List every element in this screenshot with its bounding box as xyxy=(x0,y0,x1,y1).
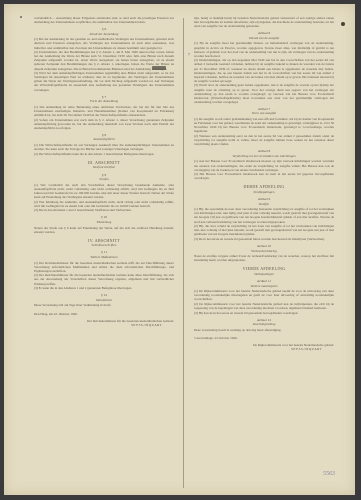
section-subheading: Inkrafttreten xyxy=(34,298,174,302)
section-heading: Artikel 10 xyxy=(194,244,334,248)
paragraph: Naast de straffen volgens artikel 9 kan … xyxy=(194,254,334,262)
section-subheading: Verplichting tot het verstrekken van inl… xyxy=(194,154,334,158)
section-subheading: Inhalt der Anmeldung xyxy=(34,32,174,36)
punch-hole-mark xyxy=(341,22,345,26)
paragraph: (1) Die Wirtschaftsprüfstelle ist auf Ve… xyxy=(34,143,174,151)
pencil-page-number: 5563 xyxy=(323,471,335,477)
section-heading: Artikel 9 xyxy=(194,197,334,201)
section-heading: § 10 xyxy=(34,215,174,219)
paragraph: (1) Bij de aangifte moet het gezamenlijk… xyxy=(194,41,334,57)
paragraph: (1) Aan het Bureau voor Economisch Onder… xyxy=(194,159,334,171)
dutch-column: zijn, hetzij al dadelijk hetzij bij beze… xyxy=(194,16,334,351)
section-subheading: Strafvorschriften xyxy=(34,165,174,169)
section-heading: § 7 xyxy=(34,95,174,99)
section-subheading: Weitere Maßnahmen xyxy=(34,255,174,259)
section-heading: DERDE AFDEELING xyxy=(194,185,334,189)
section-subheading: Verdere maatregelen xyxy=(194,284,334,288)
section-subheading: Slotbepalingen xyxy=(194,272,334,276)
paragraph: (1) Hij, die opzettelijk de naar deze ve… xyxy=(194,207,334,223)
signature-name: SEYSS-INQUART xyxy=(34,323,174,327)
section-heading: VIERDE AFDEELING xyxy=(194,267,334,271)
paragraph: (2) Unternehmen, die den Bestimmungen de… xyxy=(34,50,174,70)
paragraph: (2) Die Wirtschaftsprüfstelle kann die i… xyxy=(34,152,174,156)
section-heading: Artikel 7 xyxy=(194,107,334,111)
paragraph: (3) Wordt door de onderneming geen balan… xyxy=(194,83,334,103)
intro-paragraph: vorbehaltlich ... Auszahlung dieser Erbg… xyxy=(34,16,174,24)
section-heading: Artikel 11 xyxy=(194,279,334,283)
section-heading: Artikel 6 xyxy=(194,31,334,35)
paragraph: (2) Sofern ein Unternehmen erst nach dem… xyxy=(34,118,174,130)
paragraph: (2) Wer fahrlässig die Anmelde- und Ausk… xyxy=(34,200,174,208)
section-subheading: Schlußvorschriften xyxy=(34,243,174,247)
section-subheading: Strafbepalingen xyxy=(194,190,334,194)
paragraph: Deze verordening treedt in werking op de… xyxy=(194,328,334,332)
paragraph: (2) Hij, die door schuld de verplichting… xyxy=(194,224,334,236)
column-divider xyxy=(183,18,184,488)
paragraph: (1) De Rijkscommissaris voor het bezette… xyxy=(194,289,334,301)
paragraph: (3) Er kann die in den Absätzen 1 und 2 … xyxy=(34,286,174,290)
paragraph: (2) Het Bureau voor Economisch Onderzoek… xyxy=(194,172,334,180)
section-subheading: Form der Anmeldung xyxy=(34,99,174,103)
section-heading: § 12 xyxy=(34,293,174,297)
paragraph: (2) De Rijkscommissaris voor het bezette… xyxy=(194,302,334,310)
section-heading: Artikel 12 xyxy=(194,318,334,322)
paragraph: (3) Die in den Absätzen 1 und 2 bezeichn… xyxy=(34,208,174,212)
paragraph: (3) Hij kan de in het eerste en tweede l… xyxy=(194,311,334,315)
paragraph: (2) Der Reichskommissar für die besetzte… xyxy=(34,273,174,285)
paragraph: (1) Bei der Anmeldung ist das gesamte in… xyxy=(34,37,174,49)
paragraph: (1) Die Anmeldung ist unter Benutzung ei… xyxy=(34,105,174,117)
section-heading: Artikel 8 xyxy=(194,149,334,153)
scan-speck xyxy=(20,16,22,18)
section-subheading: Vorm van aangifte xyxy=(194,111,334,115)
paragraph: (1) Wer vorsätzlich die nach den Vorschr… xyxy=(34,183,174,199)
section-subheading: Inhoud van de aangifte xyxy=(194,36,334,40)
section-heading: § 9 xyxy=(34,173,174,177)
paragraph: (1) De aangifte wordt onder gebruikmakin… xyxy=(194,117,334,133)
paragraph: (2) Wanneer een onderneming eerst na den… xyxy=(194,134,334,146)
section-subheading: Straffen xyxy=(194,202,334,206)
place-date: 's-Gravenhage, 22 October 1940. xyxy=(194,336,334,340)
paragraph: (3) Wird bei dem anmeldepflichtigen Unte… xyxy=(34,71,174,91)
paragraph: (3) De in het eerste en tweede lid genoe… xyxy=(194,237,334,241)
signature-name: SEYSS-INQUART xyxy=(194,347,334,351)
paragraph: (2) Ondernemingen, die op den negenden M… xyxy=(194,58,334,83)
section-heading: IV. ABSCHNITT xyxy=(34,239,174,243)
german-column: vorbehaltlich ... Auszahlung dieser Erbg… xyxy=(34,16,174,327)
margin-note: 7 xyxy=(188,52,190,57)
document-page: 7 vorbehaltlich ... Auszahlung dieser Er… xyxy=(4,4,355,495)
section-heading: § 8 xyxy=(34,133,174,137)
paragraph: Diese Verordnung tritt am Tage ihrer Ver… xyxy=(34,303,174,307)
section-heading: § 11 xyxy=(34,250,174,254)
paragraph: (1) Der Reichskommissar für die besetzte… xyxy=(34,261,174,273)
section-subheading: Strafen xyxy=(34,177,174,181)
section-subheading: Inwerkingtreding xyxy=(194,322,334,326)
section-heading: III. ABSCHNITT xyxy=(34,161,174,165)
section-subheading: Auskunftspflicht xyxy=(34,137,174,141)
intro-paragraph: zijn, hetzij al dadelijk hetzij bij beze… xyxy=(194,16,334,28)
place-date: Den Haag, am 22. Oktober 1940. xyxy=(34,312,174,316)
paragraph: Neben der Strafe aus § 9 kann auf Einzie… xyxy=(34,226,174,234)
section-subheading: Einziehung xyxy=(34,220,174,224)
section-heading: § 6 xyxy=(34,27,174,31)
section-subheading: Verbeurdverklaring xyxy=(194,249,334,253)
